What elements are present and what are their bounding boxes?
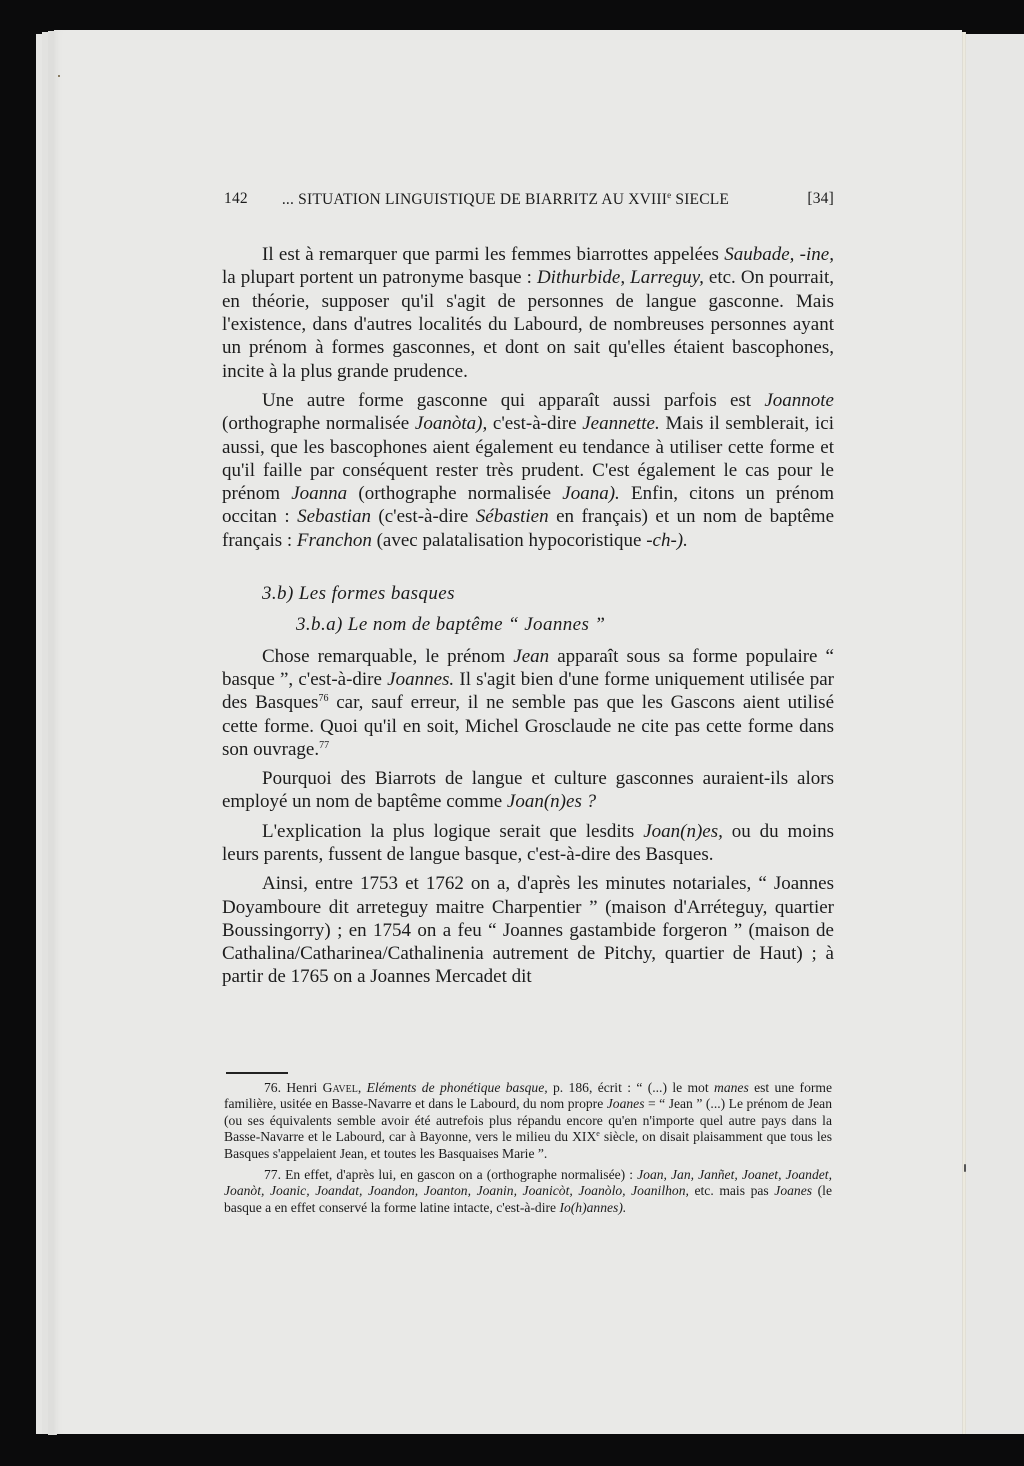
section-ref: [34] [807, 190, 834, 209]
page-number: 142 [224, 190, 248, 209]
subsection-heading: 3.b.a) Le nom de baptême “ Joannes ” [296, 613, 834, 636]
running-head: 142 ... SITUATION LINGUISTIQUE DE BIARRI… [222, 190, 834, 209]
body-text: Il est à remarquer que parmi les femmes … [222, 243, 834, 989]
gutter-mark [964, 1164, 966, 1172]
footnote-separator [226, 1072, 288, 1074]
paper-speck [58, 75, 60, 77]
paragraph-1: Il est à remarquer que parmi les femmes … [222, 243, 834, 383]
paragraph-2: Une autre forme gasconne qui apparaît au… [222, 389, 834, 552]
page-text: 142 ... SITUATION LINGUISTIQUE DE BIARRI… [222, 190, 834, 995]
section-heading: 3.b) Les formes basques [262, 582, 834, 605]
facing-page-edge [966, 34, 1024, 1434]
footnote-77: 77. En effet, d'après lui, en gascon on … [224, 1167, 832, 1216]
footnote-76: 76. Henri Gavel, Eléments de phonétique … [224, 1080, 832, 1162]
paragraph-6: Ainsi, entre 1753 et 1762 on a, d'après … [222, 872, 834, 988]
footnotes: 76. Henri Gavel, Eléments de phonétique … [224, 1080, 832, 1221]
paragraph-3: Chose remarquable, le prénom Jean appara… [222, 645, 834, 761]
footnote-ref-77[interactable]: 77 [319, 740, 329, 751]
footnote-ref-76[interactable]: 76 [318, 693, 328, 704]
scanned-book-spread: 142 ... SITUATION LINGUISTIQUE DE BIARRI… [0, 0, 1024, 1466]
paragraph-5: L'explication la plus logique serait que… [222, 820, 834, 867]
running-title: ... SITUATION LINGUISTIQUE DE BIARRITZ A… [282, 190, 808, 209]
paragraph-4: Pourquoi des Biarrots de langue et cultu… [222, 767, 834, 814]
